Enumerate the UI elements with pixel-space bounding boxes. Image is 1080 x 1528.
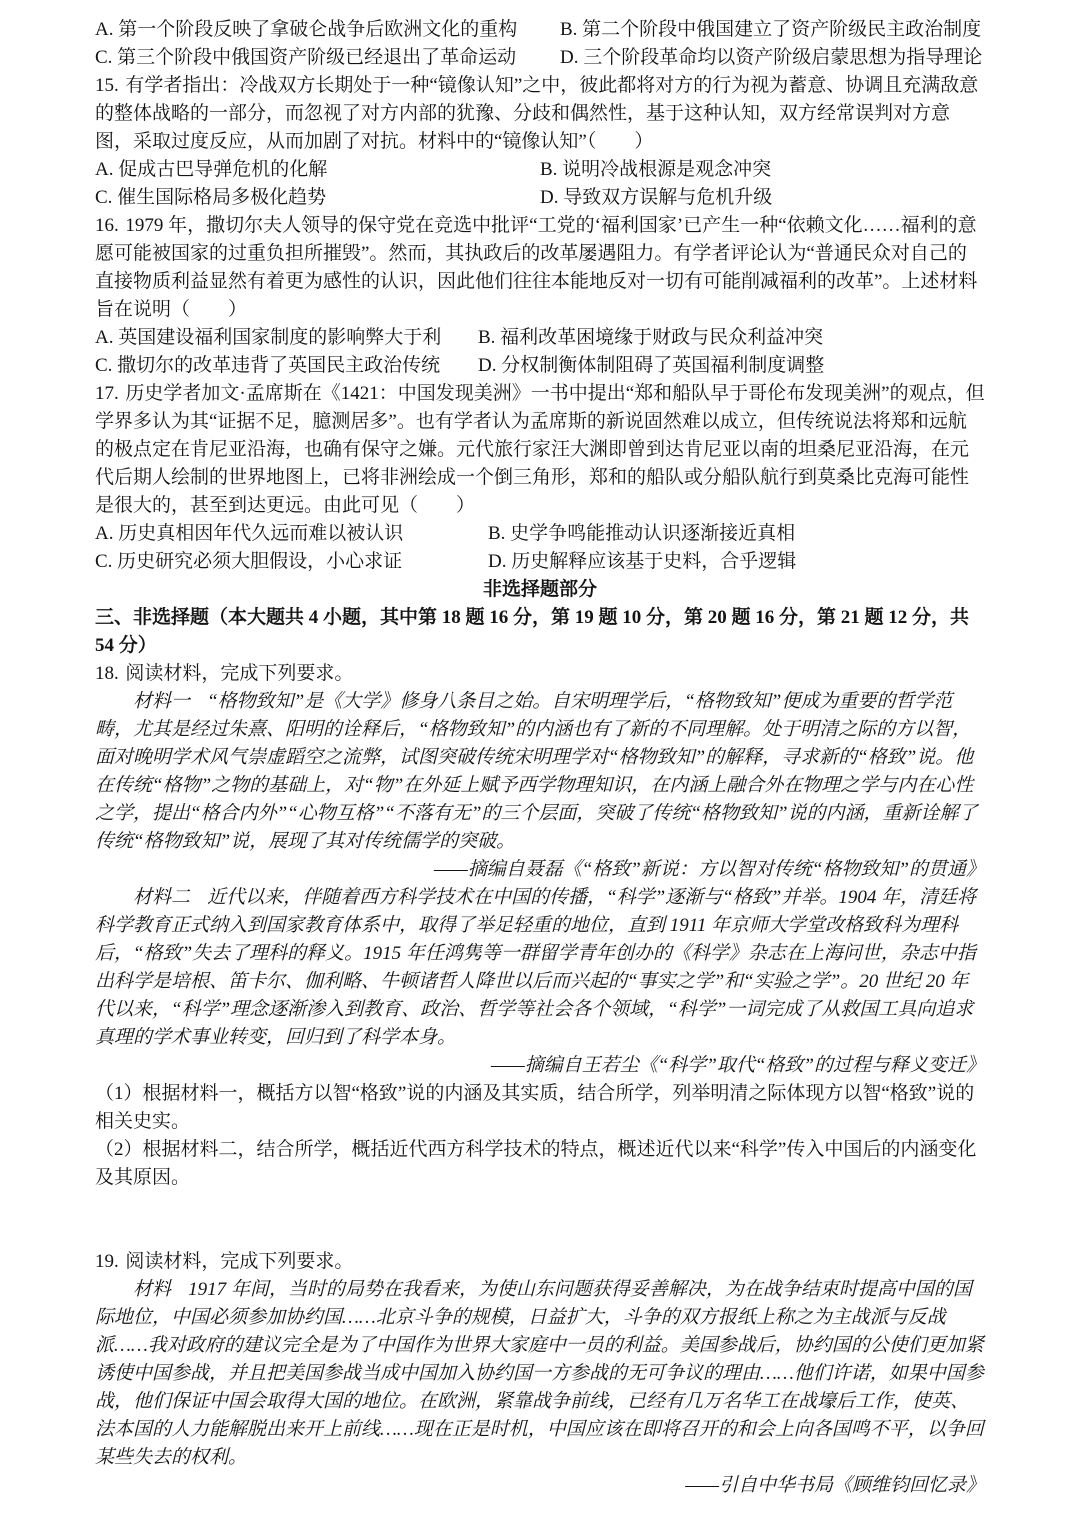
option-14-d: D. 三个阶段革命均以资产阶级启蒙思想为指导理论 [560,44,985,72]
question-18-lead: 18.阅读材料，完成下列要求。 [95,660,985,688]
material-1-label: 材料一 [133,691,190,712]
option-16-d: D. 分权制衡体制阻碍了英国福利制度调整 [478,352,985,380]
question-18-number: 18. [95,663,119,684]
material-1-source: ——摘编自聂磊《“格致”新说：方以智对传统“格物致知”的贯通》 [95,856,985,884]
material-label: 材料 [133,1279,171,1300]
question-18-material-2: 材料二近代以来，伴随着西方科学技术在中国的传播，“科学”逐渐与“格致”并举。19… [95,884,985,1052]
option-16-a: A. 英国建设福利国家制度的影响弊大于利 [95,324,478,352]
question-15-options-row-1: A. 促成古巴导弹危机的化解 B. 说明冷战根源是观念冲突 [95,156,985,184]
question-14-options-row-1: A. 第一个阶段反映了拿破仑战争后欧洲文化的重构 B. 第二个阶段中俄国建立了资… [95,16,985,44]
material-2-source: ——摘编自王若尘《“科学”取代“格致”的过程与释义变迁》 [95,1052,985,1080]
question-15-stem: 15.有学者指出：冷战双方长期处于一种“镜像认知”之中，彼此都将对方的行为视为蓄… [95,72,985,156]
option-15-d: D. 导致双方误解与危机升级 [540,184,985,212]
question-19-lead: 19.阅读材料，完成下列要求。 [95,1248,985,1276]
option-16-b: B. 福利改革困境缘于财政与民众利益冲突 [478,324,985,352]
question-17-options-row-1: A. 历史真相因年代久远而难以被认识 B. 史学争鸣能推动认识逐渐接近真相 [95,520,985,548]
option-15-b: B. 说明冷战根源是观念冲突 [540,156,985,184]
question-17-number: 17. [95,383,119,404]
exam-page: { "q14": { "options": [ "A. 第一个阶段反映了拿破仑战… [0,0,1080,1528]
option-17-c: C. 历史研究必须大胆假设，小心求证 [95,548,488,576]
material-2-label: 材料二 [133,887,190,908]
blank-gap [95,1192,985,1248]
option-16-c: C. 撒切尔的改革违背了英国民主政治传统 [95,352,478,380]
question-19-number: 19. [95,1251,119,1272]
section-heading: 非选择题部分 [95,576,985,604]
option-17-a: A. 历史真相因年代久远而难以被认识 [95,520,488,548]
option-15-c: C. 催生国际格局多极化趋势 [95,184,540,212]
question-19-material: 材料1917 年间，当时的局势在我看来，为使山东问题获得妥善解决，为在战争结束时… [95,1276,985,1472]
question-18-sub-2: （2）根据材料二，结合所学，概括近代西方科学技术的特点，概述近代以来“科学”传入… [95,1136,985,1192]
question-16-number: 16. [95,215,119,236]
question-15-options-row-2: C. 催生国际格局多极化趋势 D. 导致双方误解与危机升级 [95,184,985,212]
option-17-d: D. 历史解释应该基于史料，合乎逻辑 [488,548,985,576]
option-15-a: A. 促成古巴导弹危机的化解 [95,156,540,184]
question-15-number: 15. [95,75,119,96]
question-18-material-1: 材料一“格物致知”是《大学》修身八条目之始。自宋明理学后，“格物致知”便成为重要… [95,688,985,856]
question-16-stem: 16.1979 年，撒切尔夫人领导的保守党在竞选中批评“工党的‘福利国家’已产生… [95,212,985,324]
question-16-options-row-1: A. 英国建设福利国家制度的影响弊大于利 B. 福利改革困境缘于财政与民众利益冲… [95,324,985,352]
option-17-b: B. 史学争鸣能推动认识逐渐接近真相 [488,520,985,548]
section-intro: 三、非选择题（本大题共 4 小题，其中第 18 题 16 分，第 19 题 10… [95,604,985,660]
question-17-stem: 17.历史学者加文·孟席斯在《1421：中国发现美洲》一书中提出“郑和船队早于哥… [95,380,985,520]
option-14-b: B. 第二个阶段中俄国建立了资产阶级民主政治制度 [560,16,985,44]
option-14-a: A. 第一个阶段反映了拿破仑战争后欧洲文化的重构 [95,16,560,44]
question-14-options-row-2: C. 第三个阶段中俄国资产阶级已经退出了革命运动 D. 三个阶段革命均以资产阶级… [95,44,985,72]
question-17-options-row-2: C. 历史研究必须大胆假设，小心求证 D. 历史解释应该基于史料，合乎逻辑 [95,548,985,576]
option-14-c: C. 第三个阶段中俄国资产阶级已经退出了革命运动 [95,44,560,72]
question-16-options-row-2: C. 撒切尔的改革违背了英国民主政治传统 D. 分权制衡体制阻碍了英国福利制度调… [95,352,985,380]
question-19-material-source: ——引自中华书局《顾维钧回忆录》 [95,1472,985,1500]
question-18-sub-1: （1）根据材料一，概括方以智“格致”说的内涵及其实质，结合所学，列举明清之际体现… [95,1080,985,1136]
